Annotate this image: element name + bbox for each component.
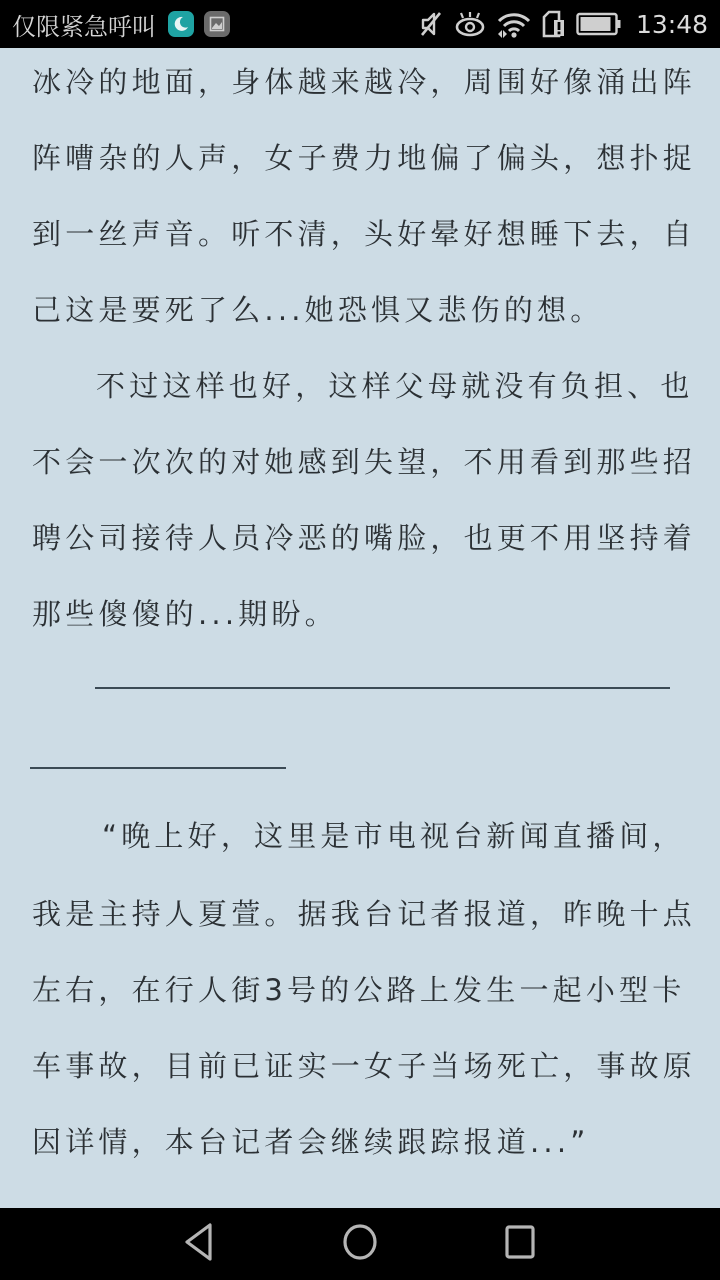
- eye-comfort-icon: [454, 10, 486, 38]
- recents-square-icon: [500, 1220, 540, 1268]
- moon-icon: [168, 11, 194, 37]
- home-button[interactable]: [338, 1222, 382, 1266]
- image-icon: [204, 11, 230, 37]
- text-line: 阵嘈杂的人声，女子费力地偏了偏头，想扑捉: [32, 138, 692, 178]
- status-left: 仅限紧急呼叫: [0, 0, 230, 48]
- text-line: 左右，在行人街3号的公路上发生一起小型卡: [32, 970, 692, 1010]
- sim-alert-icon: [542, 10, 566, 38]
- recents-button[interactable]: [498, 1222, 542, 1266]
- text-line: “晚上好，这里是市电视台新闻直播间，: [102, 816, 720, 856]
- text-line: 己这是要死了么...她恐惧又悲伤的想。: [32, 290, 692, 330]
- status-bar: 仅限紧急呼叫: [0, 0, 720, 48]
- text-line: 不会一次次的对她感到失望，不用看到那些招: [32, 442, 692, 482]
- text-line: 不过这样也好，这样父母就没有负担、也: [96, 366, 720, 406]
- text-line: 冰冷的地面，身体越来越冷，周围好像涌出阵: [32, 62, 692, 102]
- text-line: 因详情，本台记者会继续跟踪报道...”: [32, 1122, 692, 1162]
- carrier-text: 仅限紧急呼叫: [12, 7, 156, 42]
- text-line: 车事故，目前已证实一女子当场死亡，事故原: [32, 1046, 692, 1086]
- separator-line: [95, 687, 670, 689]
- text-line: 我是主持人夏萱。据我台记者报道，昨晚十点: [32, 894, 692, 934]
- navigation-bar: [0, 1208, 720, 1280]
- back-button[interactable]: [178, 1222, 222, 1266]
- reader-page[interactable]: 冰冷的地面，身体越来越冷，周围好像涌出阵 阵嘈杂的人声，女子费力地偏了偏头，想扑…: [0, 48, 720, 1208]
- clock: 13:48: [636, 10, 708, 39]
- text-line: 聘公司接待人员冷恶的嘴脸，也更不用坚持着: [32, 518, 692, 558]
- back-triangle-icon: [180, 1220, 220, 1268]
- text-line: 那些傻傻的...期盼。: [32, 594, 692, 634]
- battery-icon: [576, 12, 622, 36]
- home-circle-icon: [340, 1220, 380, 1268]
- status-right: 13:48: [418, 0, 708, 48]
- text-line: 到一丝声音。听不清，头好晕好想睡下去，自: [32, 214, 692, 254]
- wifi-icon: [496, 10, 532, 38]
- separator-line: [30, 767, 286, 769]
- mute-icon: [418, 10, 444, 38]
